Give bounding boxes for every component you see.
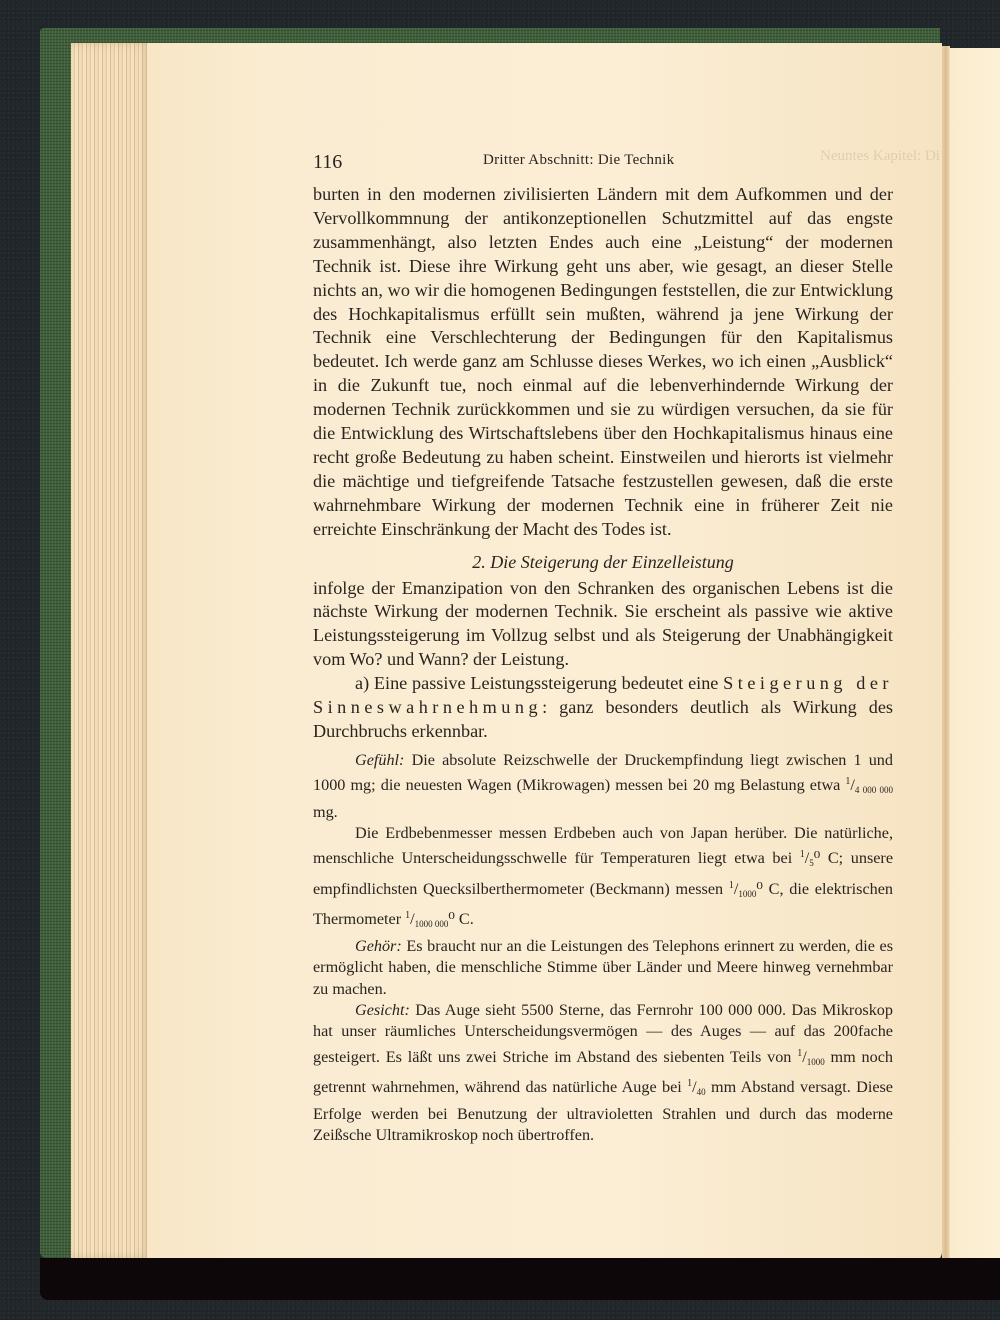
section-heading: 2. Die Steigerung der Einzelleistung: [313, 551, 893, 575]
frac-num: 1: [729, 880, 734, 891]
term-gehoer: Gehör:: [355, 937, 402, 955]
frac-den: 40: [697, 1087, 706, 1097]
fraction: 1/40: [687, 1078, 706, 1096]
page-number: 116: [313, 151, 342, 175]
running-head: Dritter Abschnitt: Die Technik: [483, 149, 674, 173]
fraction: 1/1000: [729, 880, 757, 898]
frac-num: 1: [405, 910, 410, 921]
frac-den: 1000: [807, 1057, 825, 1067]
para3-lead: a) Eine passive Leistungssteigerung bede…: [355, 673, 718, 693]
fraction: 1/4 000 000: [845, 776, 893, 794]
paragraph-erdbeben: Die Erdbebenmesser messen Erdbeben auch …: [313, 823, 893, 936]
term-gefuehl: Gefühl:: [355, 751, 404, 769]
paragraph-gesicht: Gesicht: Das Auge sieht 5500 Sterne, das…: [313, 1000, 893, 1146]
paragraph-1: burten in den modernen zivilisierten Län…: [313, 183, 893, 542]
erdbeben-text-4: ⁰ C.: [448, 910, 473, 928]
book-gutter: [942, 46, 950, 1258]
page-edges: [71, 43, 151, 1258]
frac-num: 1: [800, 849, 805, 860]
page-header: 116 Dritter Abschnitt: Die Technik: [313, 145, 893, 175]
facing-page: [950, 48, 1000, 1258]
frac-den: 1000: [738, 889, 756, 899]
paragraph-3: a) Eine passive Leistungssteigerung bede…: [313, 672, 893, 744]
shadow-band: [40, 1258, 1000, 1300]
paragraph-2: infolge der Emanzipation von den Schrank…: [313, 577, 893, 673]
page-text: 116 Dritter Abschnitt: Die Technik burte…: [313, 145, 893, 1146]
fraction: 1/1000: [797, 1048, 825, 1066]
frac-den: 4 000 000: [855, 785, 893, 795]
paragraph-gehoer: Gehör: Es braucht nur an die Leistungen …: [313, 936, 893, 1000]
paragraph-gefuehl: Gefühl: Die absolute Reizschwelle der Dr…: [313, 750, 893, 823]
term-gesicht: Gesicht:: [355, 1001, 410, 1019]
frac-num: 1: [687, 1078, 692, 1089]
frac-num: 1: [845, 776, 850, 787]
fraction: 1/1000 000: [405, 910, 448, 928]
fraction: 1/5: [800, 849, 814, 867]
frac-den: 1000 000: [415, 919, 449, 929]
frac-num: 1: [797, 1048, 802, 1059]
gefuehl-unit: mg.: [313, 803, 338, 821]
